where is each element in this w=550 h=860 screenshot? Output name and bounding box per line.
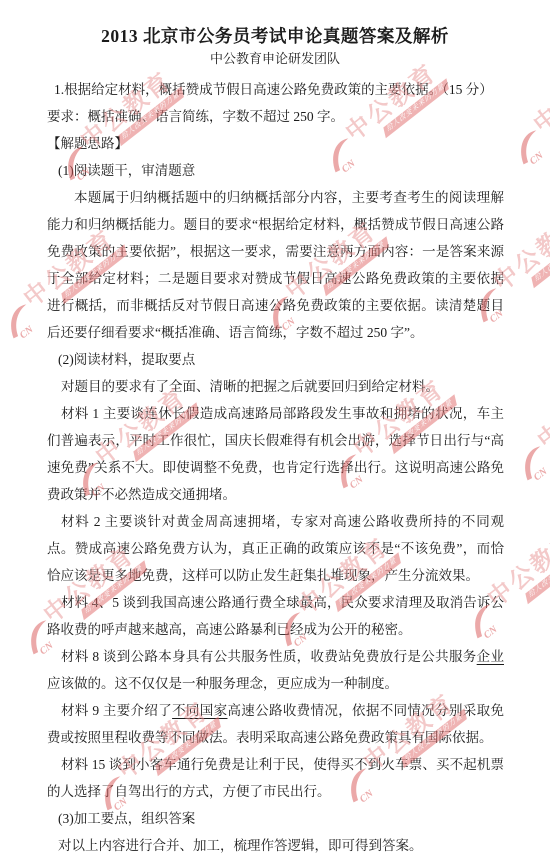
paragraph: 材料 9 主要介绍了不同国家高速公路收费情况，依据不同情况分别采取免费或按照里程… (47, 697, 504, 751)
text-run: (1)阅读题干，审清题意 (58, 163, 195, 178)
text-run: 对题目的要求有了全面、清晰的把握之后就要回归到给定材料。 (61, 379, 439, 394)
text-run: 1.根据给定材料，概括赞成节假日高速公路免费政策的主要依据。（15 分） (54, 82, 493, 97)
text-run: 材料 8 谈到公路本身具有公共服务性质，收费站免费放行是公共服务 (61, 649, 477, 664)
text-run: 【解题思路】 (47, 136, 128, 151)
paragraph: 【解题思路】 (47, 130, 504, 157)
underlined-text: 不同国家 (172, 703, 227, 718)
watermark-inner: CN中公教育给人改变未来的力量 (502, 51, 550, 169)
paragraph: (1)阅读题干，审清题意 (47, 157, 504, 184)
text-run: 材料 2 主要谈针对黄金周高速拥堵，专家对高速公路收费所持的不同观点。赞成高速公… (47, 514, 504, 583)
paragraph: 材料 8 谈到公路本身具有公共服务性质，收费站免费放行是公共服务企业应该做的。这… (47, 643, 504, 697)
paragraph: 对题目的要求有了全面、清晰的把握之后就要回归到给定材料。 (47, 373, 504, 400)
svg-text:CN: CN (18, 324, 36, 342)
offcn-swoosh-icon: CN (511, 442, 550, 488)
text-run: 材料 15 谈到小客车通行免费是让利于民，使得买不到火车票、买不起机票的人选择了… (47, 757, 504, 799)
paragraph: 要求：概括准确、语言简练，字数不超过 250 字。 (47, 103, 504, 130)
text-run: 材料 1 主要谈连休长假造成高速路局部路段发生事故和拥堵的状况，车主们普遍表示，… (47, 406, 504, 502)
paragraph: 材料 1 主要谈连休长假造成高速路局部路段发生事故和拥堵的状况，车主们普遍表示，… (47, 400, 504, 508)
svg-text:CN: CN (528, 150, 546, 168)
paragraph: 材料 4、5 谈到我国高速公路通行费全球最高，民众要求清理及取消告诉公路收费的呼… (47, 589, 504, 643)
svg-text:CN: CN (532, 466, 550, 484)
underlined-text: 企业 (477, 649, 504, 664)
text-run: 材料 9 主要介绍了 (61, 703, 172, 718)
paragraph: 对以上内容进行合并、加工，梳理作答逻辑，即可得到答案。 (47, 832, 504, 859)
watermark-text-block: 中公教育给人改变未来的力量 (534, 367, 550, 463)
text-run: (2)阅读材料，提取要点 (58, 352, 195, 367)
text-run: 对以上内容进行合并、加工，梳理作答逻辑，即可得到答案。 (58, 838, 423, 853)
paragraph: (3)加工要点，组织答案 (47, 805, 504, 832)
watermark-inner: CN中公教育给人改变未来的力量 (506, 367, 550, 485)
document-body: 1.根据给定材料，概括赞成节假日高速公路免费政策的主要依据。（15 分）要求：概… (47, 76, 504, 859)
text-run: 本题属于归纳概括题中的归纳概括部分内容，主要考查考生的阅读理解能力和归纳概括能力… (47, 190, 504, 340)
text-run: 材料 4、5 谈到我国高速公路通行费全球最高，民众要求清理及取消告诉公路收费的呼… (47, 595, 504, 637)
watermark: CN中公教育给人改变未来的力量 (506, 367, 550, 485)
text-run: 要求：概括准确、语言简练，字数不超过 250 字。 (47, 109, 344, 124)
offcn-swoosh-icon: CN (0, 300, 44, 346)
paragraph: (2)阅读材料，提取要点 (47, 346, 504, 373)
paragraph: 材料 15 谈到小客车通行免费是让利于民，使得买不到火车票、买不起机票的人选择了… (47, 751, 504, 805)
offcn-swoosh-icon: CN (507, 126, 550, 172)
watermark-slogan: 给人改变未来的力量 (525, 544, 550, 604)
watermark-slogan: 给人改变未来的力量 (531, 228, 550, 288)
text-run: (3)加工要点，组织答案 (58, 811, 195, 826)
document-title: 2013 北京市公务员考试申论真题答案及解析 (0, 23, 550, 48)
document-page: 2013 北京市公务员考试申论真题答案及解析 中公教育申论研发团队 1.根据给定… (0, 0, 550, 860)
paragraph: 本题属于归纳概括题中的归纳概括部分内容，主要考查考生的阅读理解能力和归纳概括能力… (47, 184, 504, 346)
watermark: CN中公教育给人改变未来的力量 (502, 51, 550, 169)
document-subtitle: 中公教育申论研发团队 (0, 48, 550, 67)
text-run: 应该做的。这不仅仅是一种服务理念，更应成为一种制度。 (47, 676, 398, 691)
watermark-text: 中公教育 (534, 367, 550, 454)
paragraph: 材料 2 主要谈针对黄金周高速拥堵，专家对高速公路收费所持的不同观点。赞成高速公… (47, 508, 504, 589)
paragraph: 1.根据给定材料，概括赞成节假日高速公路免费政策的主要依据。（15 分） (47, 76, 504, 103)
